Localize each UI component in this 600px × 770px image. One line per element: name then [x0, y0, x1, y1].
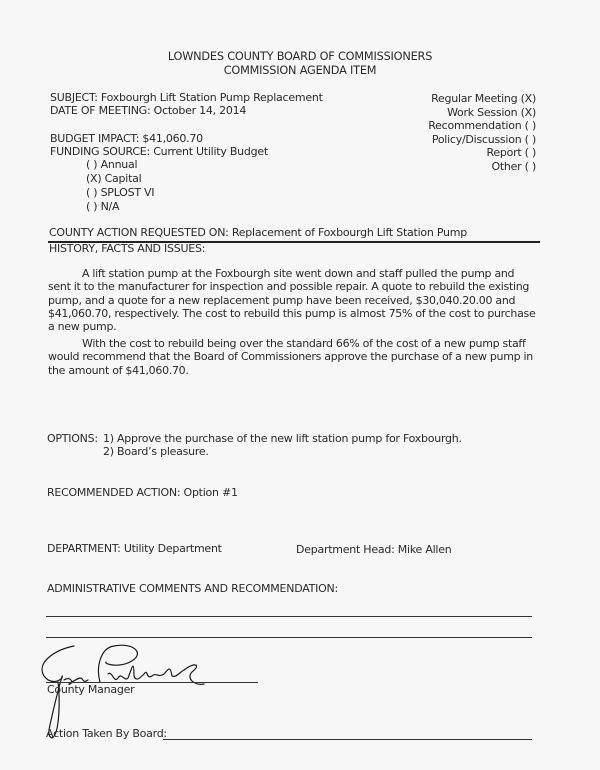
budget-impact: BUDGET IMPACT: $41,060.70 — [50, 132, 203, 145]
history-heading: HISTORY, FACTS AND ISSUES: — [49, 242, 205, 255]
history-paragraph-2: With the cost to rebuild being over the … — [48, 337, 538, 377]
funding-option-na: ( ) N/A — [86, 200, 119, 213]
admin-comments-heading: ADMINISTRATIVE COMMENTS AND RECOMMENDATI… — [47, 582, 338, 595]
funding-option-annual: ( ) Annual — [86, 158, 137, 171]
history-paragraph-1: A lift station pump at the Foxbourgh sit… — [48, 267, 538, 333]
meeting-type-other: Other ( ) — [428, 160, 536, 174]
option-2: 2) Board’s pleasure. — [103, 445, 209, 458]
action-taken-label: Action Taken By Board: — [46, 727, 167, 740]
subject: SUBJECT: Foxbourgh Lift Station Pump Rep… — [50, 91, 323, 104]
funding-option-capital: (X) Capital — [86, 172, 141, 185]
document-subtitle: COMMISSION AGENDA ITEM — [0, 64, 600, 77]
option-1: 1) Approve the purchase of the new lift … — [103, 432, 462, 445]
department: DEPARTMENT: Utility Department — [47, 542, 222, 555]
admin-comments-line-1[interactable] — [46, 616, 532, 617]
meeting-type-work-session: Work Session (X) — [428, 106, 536, 120]
recommended-action: RECOMMENDED ACTION: Option #1 — [47, 486, 238, 499]
document-title: LOWNDES COUNTY BOARD OF COMMISSIONERS — [0, 50, 600, 63]
signature-label: County Manager — [47, 683, 134, 696]
action-taken-line[interactable] — [163, 739, 532, 740]
department-head: Department Head: Mike Allen — [296, 543, 451, 556]
meeting-type-list: Regular Meeting (X) Work Session (X) Rec… — [428, 92, 536, 174]
meeting-type-recommendation: Recommendation ( ) — [428, 119, 536, 133]
county-manager-signature — [34, 638, 234, 758]
meeting-type-report: Report ( ) — [428, 146, 536, 160]
options-label: OPTIONS: — [47, 432, 98, 445]
meeting-type-regular: Regular Meeting (X) — [428, 92, 536, 106]
date-of-meeting: DATE OF MEETING: October 14, 2014 — [50, 104, 246, 117]
county-action-requested: COUNTY ACTION REQUESTED ON: Replacement … — [49, 226, 467, 239]
meeting-type-policy: Policy/Discussion ( ) — [428, 133, 536, 147]
funding-source: FUNDING SOURCE: Current Utility Budget — [50, 145, 268, 158]
funding-option-splost: ( ) SPLOST VI — [86, 186, 154, 199]
